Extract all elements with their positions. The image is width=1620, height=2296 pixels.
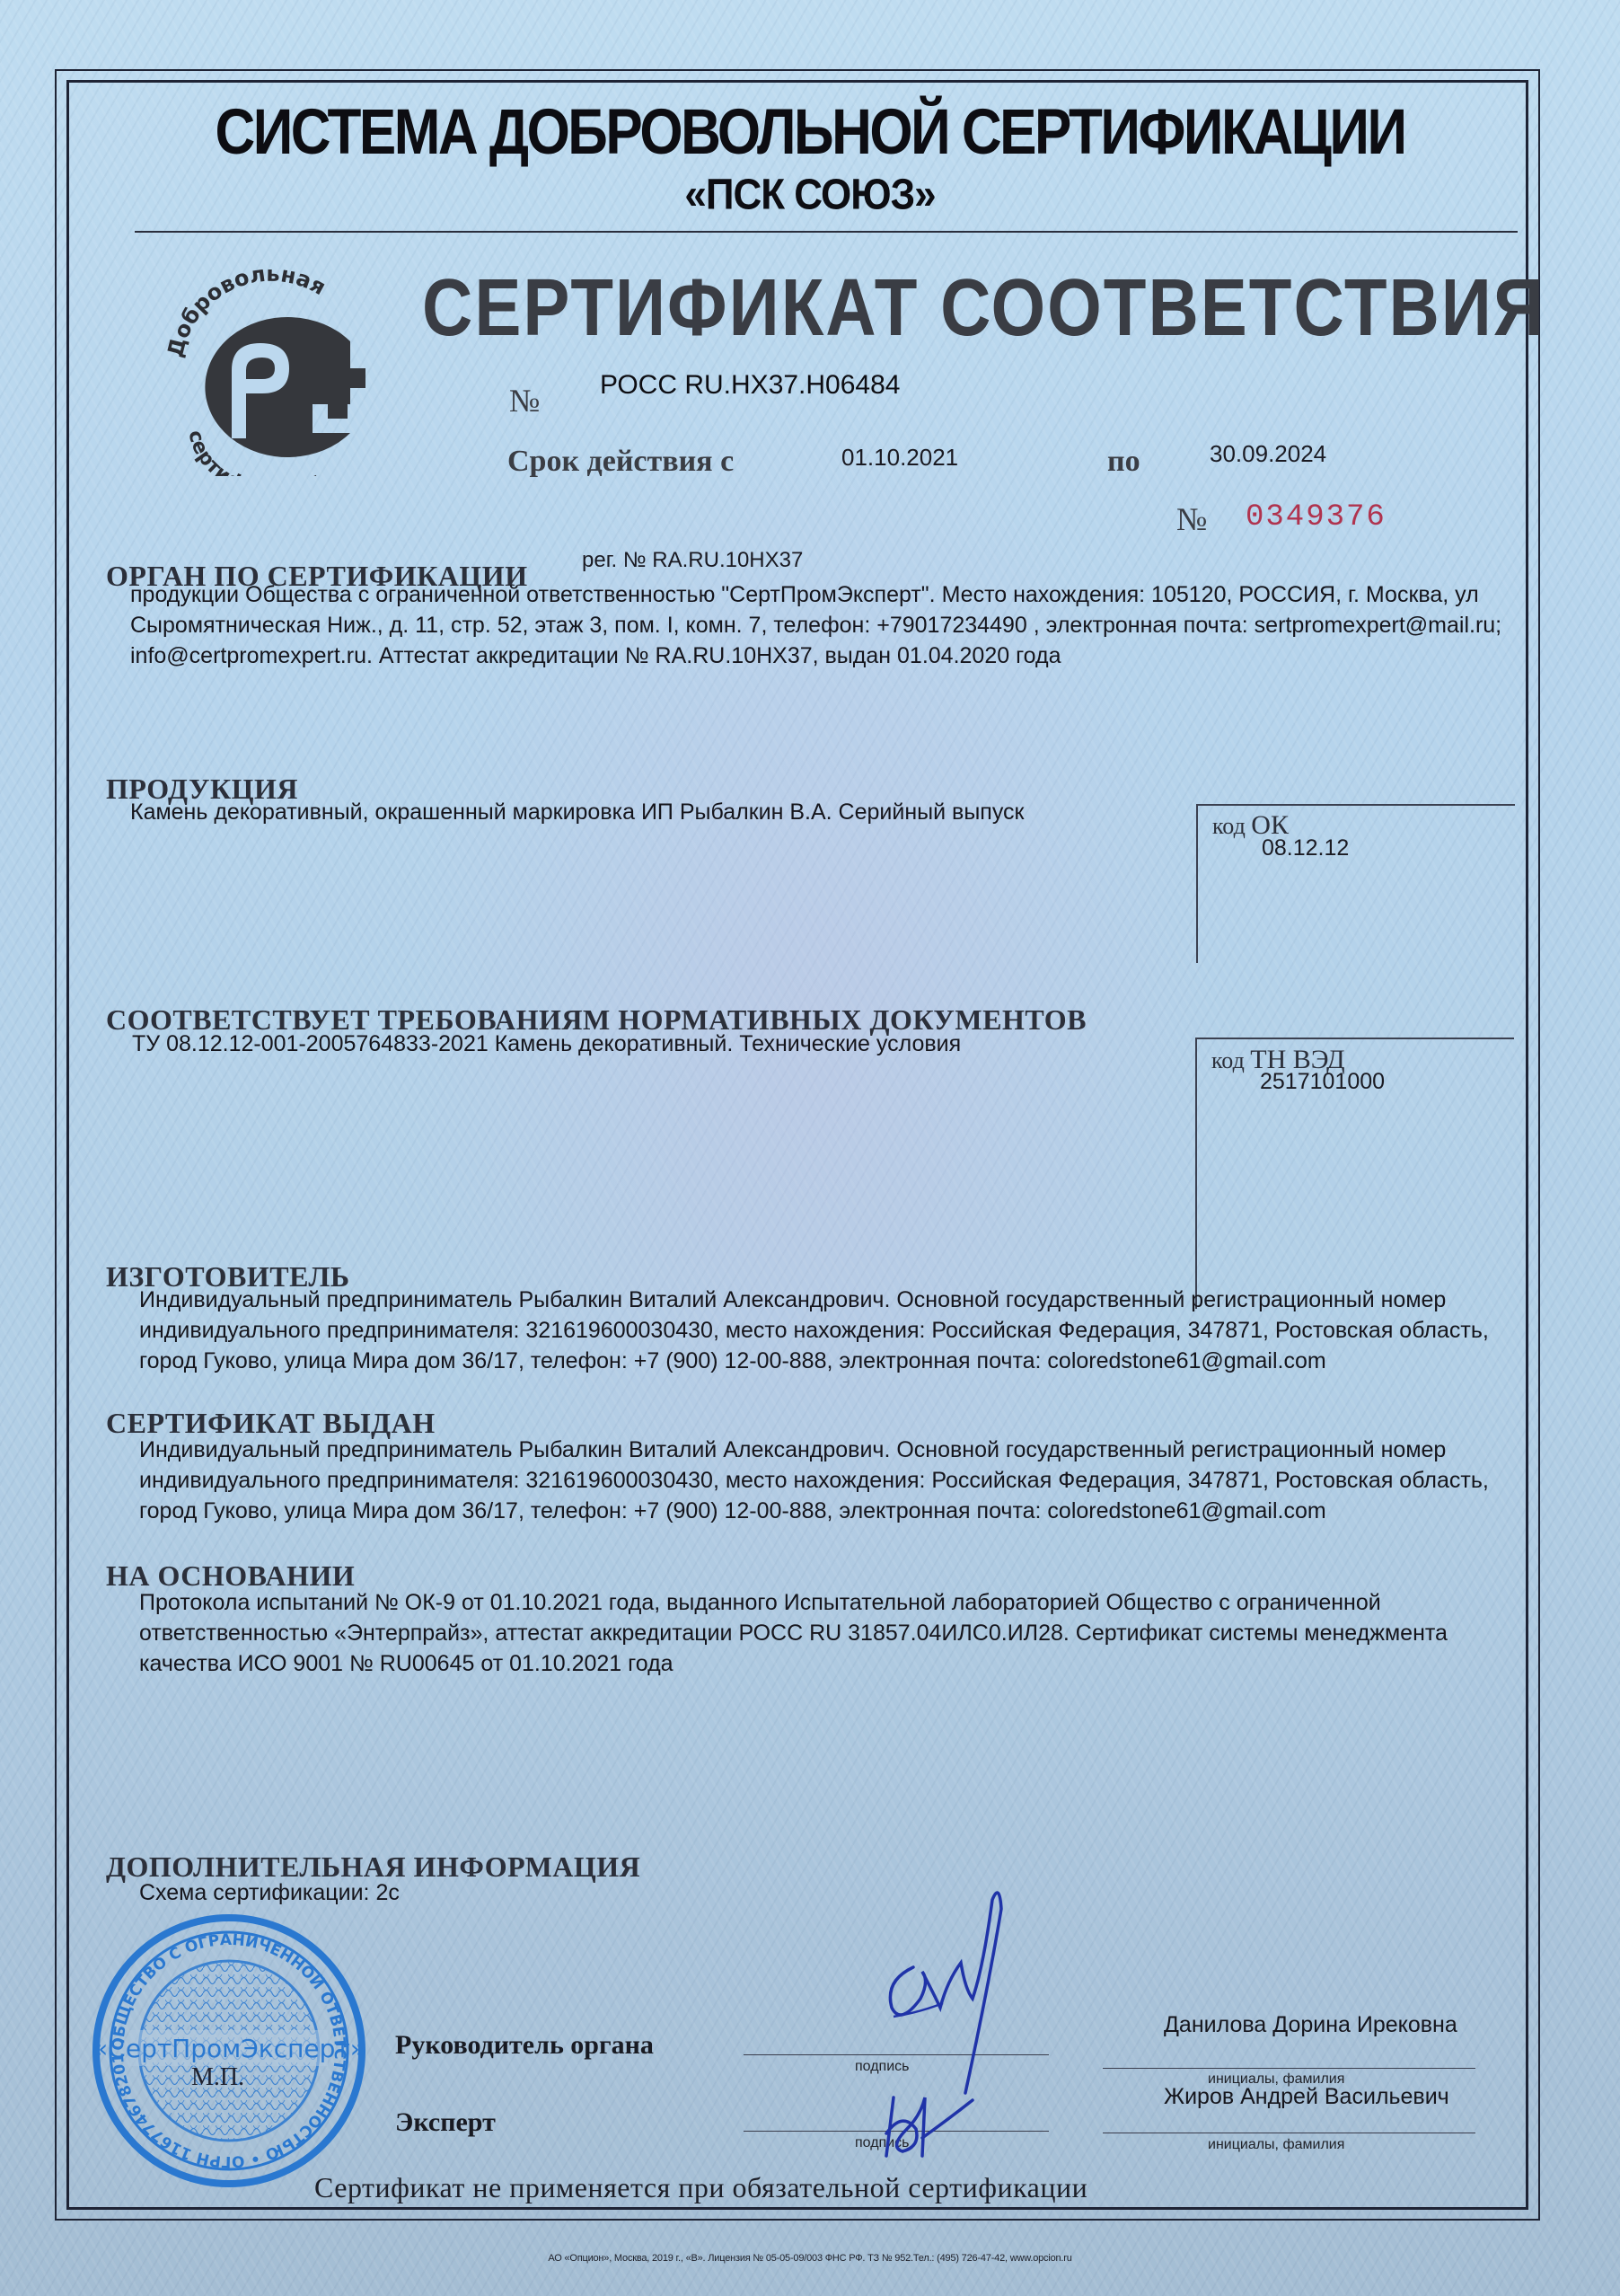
certificate-title: СЕРТИФИКАТ СООТВЕТСТВИЯ <box>422 261 1545 355</box>
code-tn-value: 2517101000 <box>1260 1069 1385 1095</box>
additional-info-text: Схема сертификации: 2с <box>139 1877 400 1908</box>
mp-label: М.П. <box>191 2063 244 2092</box>
basis-text: Протокола испытаний № ОК-9 от 01.10.2021… <box>139 1587 1522 1679</box>
expert-role: Эксперт <box>395 2107 496 2138</box>
certification-body-text: продукции Общества с ограниченной ответс… <box>130 579 1518 671</box>
normative-text: ТУ 08.12.12-001-2005764833-2021 Камень д… <box>132 1029 961 1059</box>
rst-certification-logo-icon: Добровольная сертификация <box>162 269 377 476</box>
stamp-center-text: «СертПромЭксперт» <box>92 2034 365 2063</box>
disclaimer: Сертификат не применяется при обязательн… <box>314 2171 1087 2204</box>
seal-stamp-icon: ОБЩЕСТВО С ОГРАНИЧЕННОЙ ОТВЕТСТВЕННОСТЬЮ… <box>90 1912 368 2190</box>
manufacturer-text: Индивидуальный предприниматель Рыбалкин … <box>139 1285 1522 1376</box>
system-title: СИСТЕМА ДОБРОВОЛЬНОЙ СЕРТИФИКАЦИИ <box>0 96 1620 170</box>
head-name: Данилова Дорина Ирековна <box>1164 2012 1457 2038</box>
code-tn-prefix: код <box>1211 1047 1245 1073</box>
valid-to: 30.09.2024 <box>1210 440 1326 468</box>
expert-name: Жиров Андрей Васильевич <box>1164 2084 1449 2110</box>
code-ok-value: 08.12.12 <box>1262 835 1349 861</box>
expert-name-line <box>1103 2133 1475 2133</box>
certification-body-reg-number: рег. № RA.RU.10HX37 <box>582 548 803 573</box>
valid-from: 01.10.2021 <box>841 444 958 472</box>
head-name-line <box>1103 2068 1475 2069</box>
issued-to-text: Индивидуальный предприниматель Рыбалкин … <box>139 1435 1522 1526</box>
expert-signature-icon <box>867 2093 974 2165</box>
head-signature-icon <box>858 1882 1024 2097</box>
title-divider <box>135 231 1518 233</box>
system-name: «ПСК СОЮЗ» <box>0 171 1620 220</box>
head-of-body-role: Руководитель органа <box>395 2030 654 2061</box>
product-text: Камень декоративный, окрашенный маркиров… <box>130 797 1024 827</box>
blank-number-label: № <box>1176 500 1207 538</box>
code-ok-prefix: код <box>1212 813 1246 839</box>
validity-label: Срок действия с <box>507 445 734 479</box>
printer-info: АО «Опцион», Москва, 2019 г., «В». Лицен… <box>0 2253 1620 2264</box>
expert-name-caption: инициалы, фамилия <box>1208 2137 1344 2153</box>
certificate-number: РОСС RU.HX37.H06484 <box>600 370 900 401</box>
blank-number: 0349376 <box>1246 500 1387 534</box>
certificate-number-label: № <box>509 382 540 419</box>
valid-to-label: по <box>1107 445 1140 479</box>
